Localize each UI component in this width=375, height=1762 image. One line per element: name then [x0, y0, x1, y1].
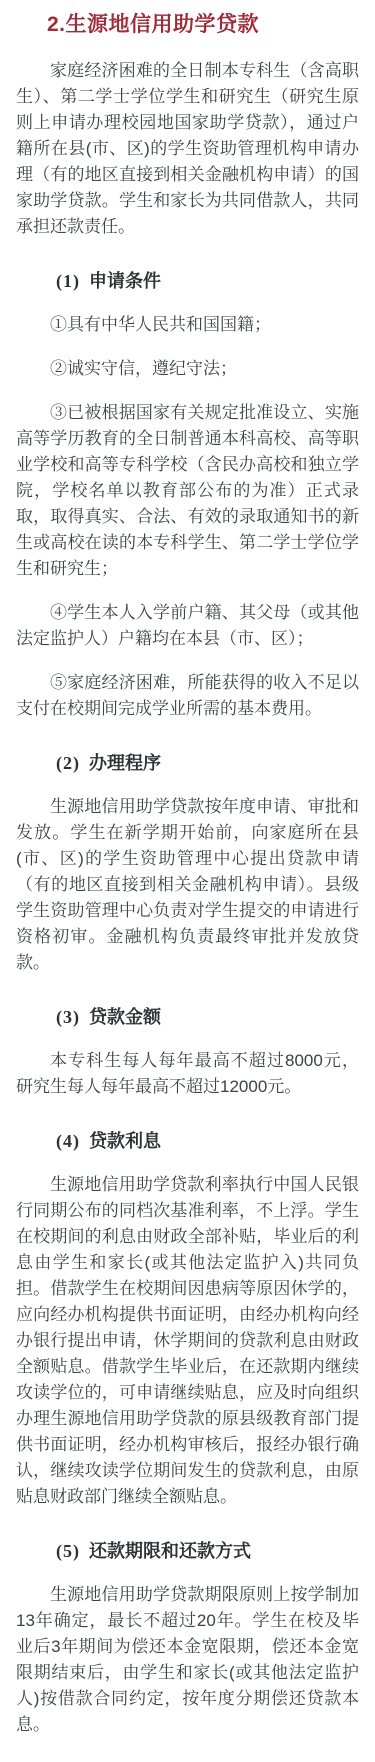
section-number: (1): [56, 271, 80, 291]
repayment-paragraph: 生源地信用助学贷款期限原则上按学制加13年确定，最长不超过20年。学生在校及毕业…: [16, 1582, 359, 1738]
condition-item-2: ②诚实守信，遵纪守法；: [16, 356, 359, 382]
condition-item-1: ①具有中华人民共和国国籍；: [16, 312, 359, 338]
section-heading-label: 还款期限和还款方式: [89, 1541, 251, 1561]
section-heading-loan-amount: (3)贷款金额: [16, 1004, 359, 1030]
section-heading-label: 贷款金额: [89, 1007, 161, 1027]
section-heading-procedure: (2)办理程序: [16, 750, 359, 776]
section-number: (5): [56, 1541, 80, 1561]
section-heading-label: 申请条件: [89, 271, 161, 291]
section-number: (2): [56, 753, 80, 773]
condition-item-4: ④学生本人入学前户籍、其父母（或其他法定监护人）户籍均在本县（市、区）；: [16, 600, 359, 652]
intro-paragraph: 家庭经济困难的全日制本专科生（含高职生）、第二学士学位学生和研究生（研究生原则上…: [16, 58, 359, 240]
condition-item-3: ③已被根据国家有关规定批准设立、实施高等学历教育的全日制普通本科高校、高等职业学…: [16, 400, 359, 582]
section-heading-application-conditions: (1)申请条件: [16, 268, 359, 294]
section-heading-loan-interest: (4)贷款利息: [16, 1128, 359, 1154]
section-heading-repayment: (5)还款期限和还款方式: [16, 1538, 359, 1564]
section-number: (3): [56, 1007, 80, 1027]
loan-amount-paragraph: 本专科生每人每年最高不超过8000元，研究生每人每年最高不超过12000元。: [16, 1048, 359, 1100]
section-heading-label: 贷款利息: [89, 1131, 161, 1151]
article-page: 2.生源地信用助学贷款 家庭经济困难的全日制本专科生（含高职生）、第二学士学位学…: [0, 0, 375, 1762]
procedure-paragraph: 生源地信用助学贷款按年度申请、审批和发放。学生在新学期开始前，向家庭所在县(市、…: [16, 794, 359, 976]
section-heading-label: 办理程序: [89, 753, 161, 773]
loan-interest-paragraph: 生源地信用助学贷款利率执行中国人民银行同期公布的同档次基准利率，不上浮。学生在校…: [16, 1172, 359, 1510]
condition-item-5: ⑤家庭经济困难，所能获得的收入不足以支付在校期间完成学业所需的基本费用。: [16, 670, 359, 722]
section-number: (4): [56, 1131, 80, 1151]
article-title: 2.生源地信用助学贷款: [16, 10, 359, 40]
